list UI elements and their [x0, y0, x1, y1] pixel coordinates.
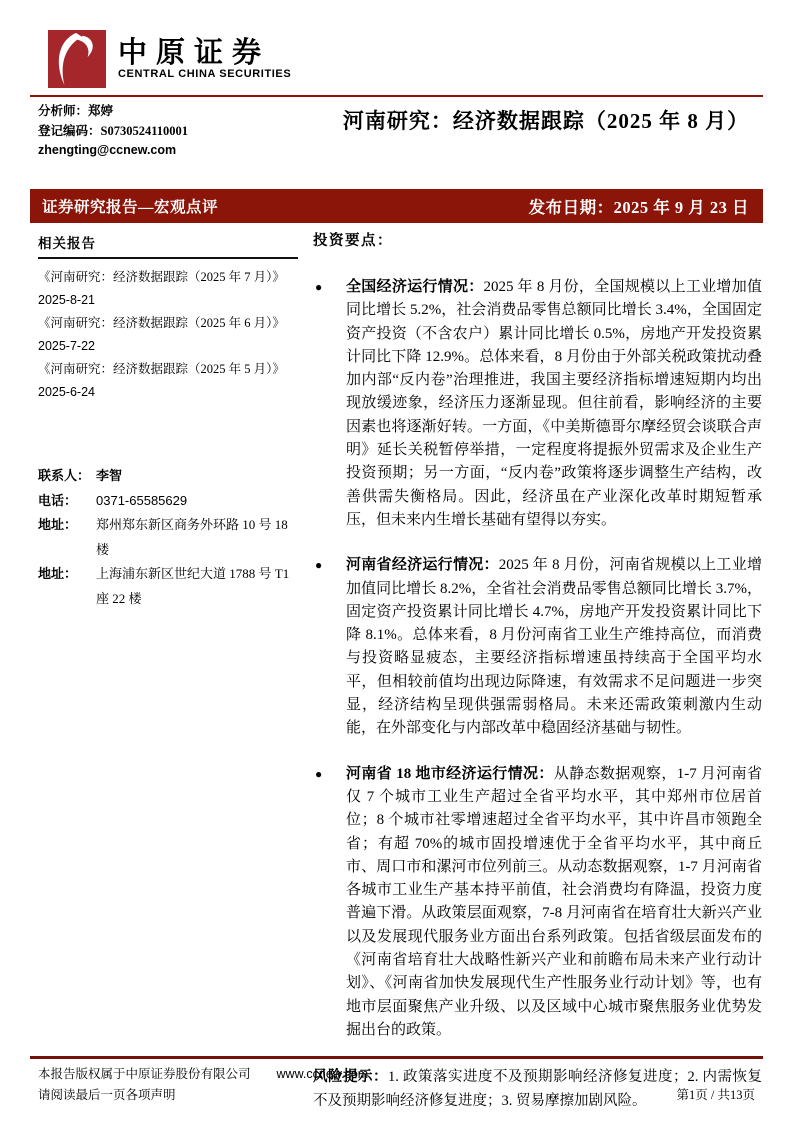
bullet-lead: 河南省经济运行情况： [346, 557, 499, 573]
logo-chinese-name: 中原证券 [118, 38, 291, 68]
list-item: 《河南研究：经济数据跟踪（2025 年 6 月）》 2025-7-22 [38, 312, 298, 358]
address-label: 地址： [38, 562, 96, 611]
bullet-henan-economy: ● 河南省经济运行情况：2025 年 8 月份，河南省规模以上工业增加值同比增长… [313, 554, 762, 740]
related-reports-heading: 相关报告 [38, 232, 298, 259]
footer-divider [30, 1056, 763, 1059]
analyst-license-code: 登记编码：S0730524110001 [38, 122, 318, 142]
report-type-banner: 证券研究报告—宏观点评 发布日期：2025 年 9 月 23 日 [30, 189, 763, 223]
address-label: 地址： [38, 513, 96, 562]
bullet-paragraph: 河南省 18 地市经济运行情况：从静态数据观察，1-7 月河南省仅 7 个城市工… [346, 763, 762, 1043]
bullet-text: 2025 年 8 月份，河南省规模以上工业增加值同比增长 8.2%，全省社会消费… [346, 557, 762, 736]
related-report-title: 《河南研究：经济数据跟踪（2025 年 5 月）》 [38, 358, 298, 381]
list-item: 《河南研究：经济数据跟踪（2025 年 5 月）》 2025-6-24 [38, 358, 298, 404]
analyst-email: zhengting@ccnew.com [38, 141, 318, 161]
publish-date: 发布日期：2025 年 9 月 23 日 [529, 194, 749, 218]
bullet-icon: ● [315, 558, 322, 573]
logo-brush-icon [48, 30, 106, 88]
phone-label: 电话： [38, 489, 96, 514]
logo-english-name: CENTRAL CHINA SECURITIES [118, 68, 291, 80]
analyst-name: 分析师：郑婷 [38, 102, 318, 122]
related-report-date: 2025-7-22 [38, 335, 298, 358]
company-logo: 中原证券 CENTRAL CHINA SECURITIES [48, 30, 291, 88]
list-item: 《河南研究：经济数据跟踪（2025 年 7 月）》 2025-8-21 [38, 266, 298, 312]
footer-copyright: 本报告版权属于中原证券股份有限公司 [38, 1064, 251, 1085]
bullet-national-economy: ● 全国经济运行情况：2025 年 8 月份，全国规模以上工业增加值同比增长 5… [313, 276, 762, 532]
contact-block: 联系人： 李智 电话： 0371-65585629 地址： 郑州郑东新区商务外环… [38, 464, 298, 611]
address-zhengzhou: 郑州郑东新区商务外环路 10 号 18 楼 [96, 513, 298, 562]
bullet-text: 从静态数据观察，1-7 月河南省仅 7 个城市工业生产超过全省平均水平，其中郑州… [346, 766, 762, 1038]
related-reports-list: 《河南研究：经济数据跟踪（2025 年 7 月）》 2025-8-21 《河南研… [38, 266, 298, 404]
main-content: 投资要点： ● 全国经济运行情况：2025 年 8 月份，全国规模以上工业增加值… [313, 229, 762, 1113]
bullet-henan-18-cities: ● 河南省 18 地市经济运行情况：从静态数据观察，1-7 月河南省仅 7 个城… [313, 763, 762, 1043]
contact-person-row: 联系人： 李智 [38, 464, 298, 489]
bullet-lead: 全国经济运行情况： [346, 279, 484, 295]
footer: 本报告版权属于中原证券股份有限公司 www.ccnew.com 请阅读最后一页各… [38, 1064, 755, 1106]
report-category: 证券研究报告—宏观点评 [42, 195, 218, 217]
sidebar: 相关报告 《河南研究：经济数据跟踪（2025 年 7 月）》 2025-8-21… [38, 232, 298, 611]
header-divider [30, 95, 763, 97]
contact-person-label: 联系人： [38, 464, 96, 489]
footer-website: www.ccnew.com [277, 1064, 369, 1085]
bullet-paragraph: 河南省经济运行情况：2025 年 8 月份，河南省规模以上工业增加值同比增长 8… [346, 554, 762, 740]
address-row: 地址： 上海浦东新区世纪大道 1788 号 T1 座 22 楼 [38, 562, 298, 611]
phone-number: 0371-65585629 [96, 489, 298, 514]
related-report-title: 《河南研究：经济数据跟踪（2025 年 6 月）》 [38, 312, 298, 335]
phone-row: 电话： 0371-65585629 [38, 489, 298, 514]
page-number: 第1页 / 共13页 [677, 1085, 755, 1106]
bullet-lead: 河南省 18 地市经济运行情况： [346, 766, 554, 782]
analyst-block: 分析师：郑婷 登记编码：S0730524110001 zhengting@ccn… [38, 102, 318, 161]
address-shanghai: 上海浦东新区世纪大道 1788 号 T1 座 22 楼 [96, 562, 298, 611]
bullet-paragraph: 全国经济运行情况：2025 年 8 月份，全国规模以上工业增加值同比增长 5.2… [346, 276, 762, 532]
related-report-title: 《河南研究：经济数据跟踪（2025 年 7 月）》 [38, 266, 298, 289]
related-report-date: 2025-8-21 [38, 289, 298, 312]
address-row: 地址： 郑州郑东新区商务外环路 10 号 18 楼 [38, 513, 298, 562]
contact-person-name: 李智 [96, 464, 298, 489]
footer-disclaimer: 请阅读最后一页各项声明 [38, 1085, 176, 1106]
page-title: 河南研究：经济数据跟踪（2025 年 8 月） [330, 105, 762, 135]
investment-highlights-heading: 投资要点： [313, 229, 762, 250]
bullet-text: 2025 年 8 月份，全国规模以上工业增加值同比增长 5.2%，社会消费品零售… [346, 279, 762, 528]
related-report-date: 2025-6-24 [38, 381, 298, 404]
bullet-icon: ● [315, 767, 322, 782]
bullet-icon: ● [315, 280, 322, 295]
